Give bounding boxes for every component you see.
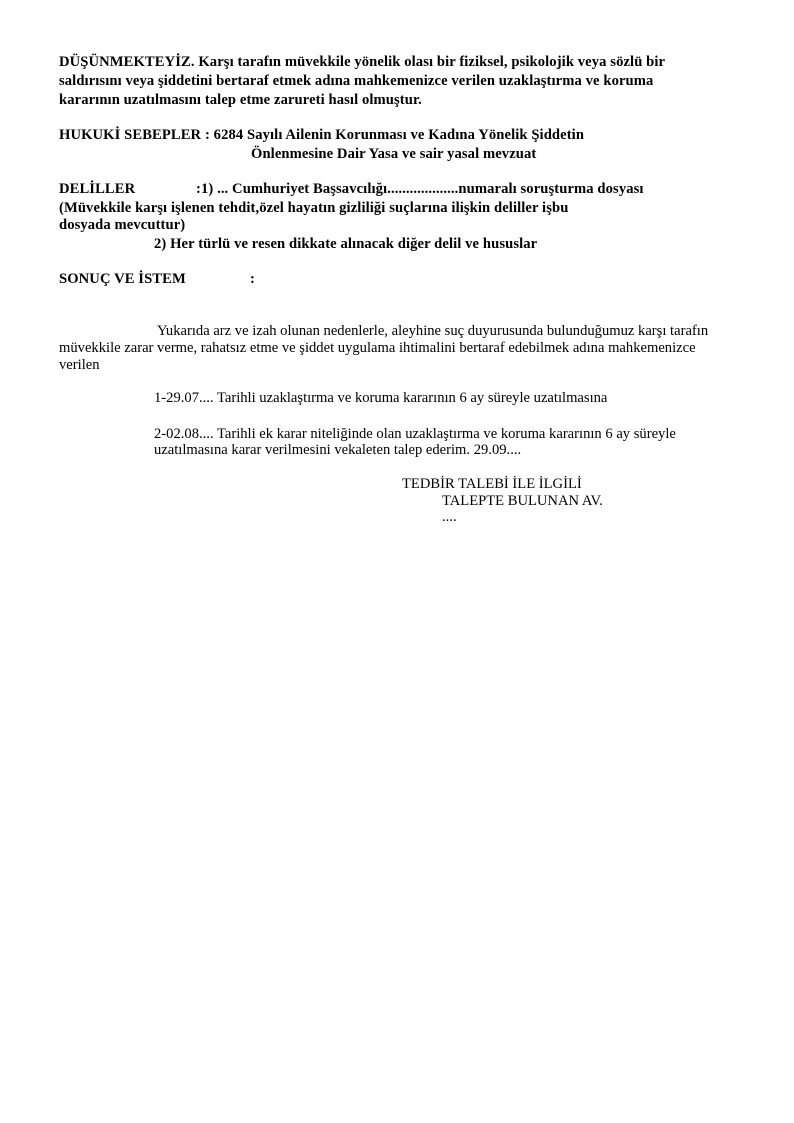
intro-line-3: kararının uzatılmasını talep etme zarure… [59,91,422,110]
intro-line-1-rest: Karşı tarafın müvekkile yönelik olası bi… [195,54,666,70]
evidence-item-2: 2) Her türlü ve resen dikkate alınacak d… [154,235,537,254]
conclusion-colon: : [250,270,255,289]
signature-line-3: .... [442,509,457,526]
legal-grounds-line-1: HUKUKİ SEBEPLER : 6284 Sayılı Ailenin Ko… [59,126,584,145]
legal-grounds-label: HUKUKİ SEBEPLER : [59,127,210,143]
signature-line-2: TALEPTE BULUNAN AV. [442,493,603,510]
evidence-item-1: :1) ... Cumhuriyet Başsavcılığı.........… [196,180,644,199]
conclusion-para-line-1: Yukarıda arz ve izah olunan nedenlerle, … [157,323,708,340]
conclusion-para-line-3: verilen [59,357,100,374]
conclusion-para-line-2: müvekkile zarar verme, rahatsız etme ve … [59,340,696,357]
conclusion-label: SONUÇ VE İSTEM [59,270,186,289]
legal-grounds-line-2: Önlenmesine Dair Yasa ve sair yasal mevz… [251,145,536,164]
document-page: DÜŞÜNMEKTEYİZ. Karşı tarafın müvekkile y… [0,0,794,1123]
legal-grounds-text-1: 6284 Sayılı Ailenin Korunması ve Kadına … [210,127,584,143]
evidence-label: DELİLLER [59,180,135,199]
intro-line-2: saldırısını veya şiddetini bertaraf etme… [59,72,653,91]
intro-lead: DÜŞÜNMEKTEYİZ. [59,54,195,70]
evidence-note-line-2: dosyada mevcuttur) [59,216,185,235]
intro-line-1: DÜŞÜNMEKTEYİZ. Karşı tarafın müvekkile y… [59,53,665,72]
request-item-2-line-2: uzatılmasına karar verilmesini vekaleten… [154,442,521,459]
request-item-1: 1-29.07.... Tarihli uzaklaştırma ve koru… [154,390,607,407]
signature-line-1: TEDBİR TALEBİ İLE İLGİLİ [402,476,582,493]
request-item-2-line-1: 2-02.08.... Tarihli ek karar niteliğinde… [154,426,676,443]
